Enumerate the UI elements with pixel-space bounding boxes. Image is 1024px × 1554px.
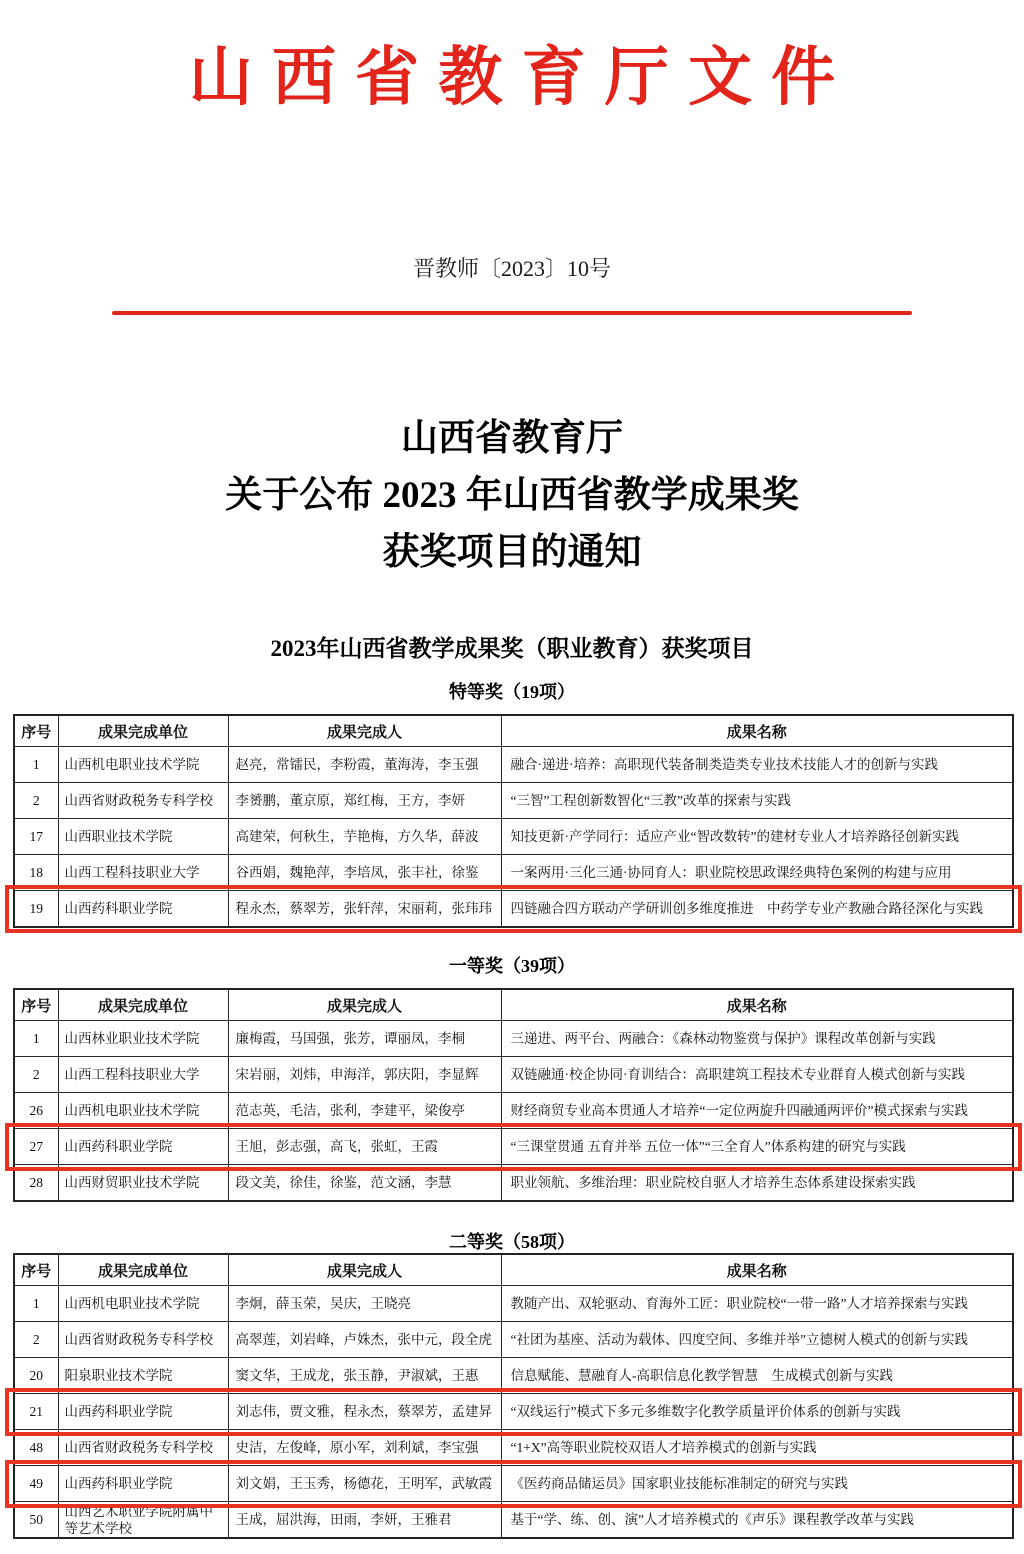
cell-index: 2 — [14, 1322, 58, 1358]
cell-unit: 山西工程科技职业大学 — [58, 1057, 228, 1093]
cell-title: “1+X”高等职业院校双语人才培养模式的创新与实践 — [501, 1430, 1013, 1466]
table-row: 28山西财贸职业技术学院段文美，徐佳，徐鉴，范文涵，李慧职业领航、多维治理：职业… — [14, 1165, 1013, 1202]
notice-title-line3: 获奖项目的通知 — [0, 524, 1024, 581]
table-row: 26山西机电职业技术学院范志英，毛洁，张利，李建平，梁俊亭财经商贸专业高本贯通人… — [14, 1093, 1013, 1129]
table-row: 19山西药科职业学院程永杰，蔡翠芳，张轩萍，宋丽莉，张玮玮四链融合四方联动产学研… — [14, 891, 1013, 928]
cell-people: 谷西娟，魏艳萍，李培凤，张丰社，徐鉴 — [228, 855, 501, 891]
section-heading-special-prize: 特等奖（19项） — [0, 678, 1024, 704]
cell-title: 信息赋能、慧融育人-高职信息化教学智慧 生成模式创新与实践 — [501, 1358, 1013, 1394]
column-header: 成果名称 — [501, 1254, 1013, 1286]
cell-unit: 山西工程科技职业大学 — [58, 855, 228, 891]
cell-people: 段文美，徐佳，徐鉴，范文涵，李慧 — [228, 1165, 501, 1202]
award-table: 序号成果完成单位成果完成人成果名称1山西机电职业技术学院李炯，薛玉荣，吴庆，王晓… — [13, 1253, 1014, 1539]
column-header: 成果完成单位 — [58, 715, 228, 747]
table-row: 2山西工程科技职业大学宋岩丽，刘炜，申海洋，郭庆阳，李显辉双链融通·校企协同·育… — [14, 1057, 1013, 1093]
cell-index: 49 — [14, 1466, 58, 1502]
cell-title: 《医药商品储运员》国家职业技能标准制定的研究与实践 — [501, 1466, 1013, 1502]
table-row: 49山西药科职业学院刘文娟，王玉秀，杨德花，王明军，武敏霞《医药商品储运员》国家… — [14, 1466, 1013, 1502]
cell-index: 2 — [14, 783, 58, 819]
second-prize-table-container: 序号成果完成单位成果完成人成果名称1山西机电职业技术学院李炯，薛玉荣，吴庆，王晓… — [13, 1253, 1014, 1539]
section-heading-first-prize: 一等奖（39项） — [0, 952, 1024, 978]
cell-unit: 山西省财政税务专科学校 — [58, 1430, 228, 1466]
column-header: 成果完成人 — [228, 989, 501, 1021]
column-header: 序号 — [14, 715, 58, 747]
cell-title: 融合·递进·培养：高职现代装备制类造类专业技术技能人才的创新与实践 — [501, 747, 1013, 783]
cell-people: 王成，屈洪海，田雨，李妍，王雅君 — [228, 1502, 501, 1539]
cell-unit: 山西省财政税务专科学校 — [58, 1322, 228, 1358]
cell-index: 48 — [14, 1430, 58, 1466]
table-row: 20阳泉职业技术学院窦文华，王成龙，张玉静，尹淑斌，王惠信息赋能、慧融育人-高职… — [14, 1358, 1013, 1394]
cell-title: “三课堂贯通 五育并举 五位一体”“三全育人”体系构建的研究与实践 — [501, 1129, 1013, 1165]
cell-index: 2 — [14, 1057, 58, 1093]
table-row: 1山西机电职业技术学院李炯，薛玉荣，吴庆，王晓亮教随产出、双轮驱动、育海外工匠：… — [14, 1286, 1013, 1322]
cell-people: 李赟鹏，董京原，郑红梅，王方，李妍 — [228, 783, 501, 819]
cell-index: 17 — [14, 819, 58, 855]
cell-people: 史洁，左俊峰，原小军，刘利斌，李宝强 — [228, 1430, 501, 1466]
cell-people: 高建荣，何秋生，芋艳梅，方久华，薛波 — [228, 819, 501, 855]
table-row: 17山西职业技术学院高建荣，何秋生，芋艳梅，方久华，薛波知技更新·产学同行：适应… — [14, 819, 1013, 855]
notice-title: 山西省教育厅 关于公布 2023 年山西省教学成果奖 获奖项目的通知 — [0, 410, 1024, 581]
table-row: 27山西药科职业学院王旭，彭志强，高飞，张虹，王霞“三课堂贯通 五育并举 五位一… — [14, 1129, 1013, 1165]
cell-title: “社团为基座、活动为载体、四度空间、多维并举”立德树人模式的创新与实践 — [501, 1322, 1013, 1358]
column-header: 成果完成人 — [228, 1254, 501, 1286]
cell-people: 刘文娟，王玉秀，杨德花，王明军，武敏霞 — [228, 1466, 501, 1502]
notice-title-line1: 山西省教育厅 — [0, 410, 1024, 467]
cell-unit: 山西艺术职业学院附属中等艺术学校 — [58, 1502, 228, 1539]
awards-list-subtitle: 2023年山西省教学成果奖（职业教育）获奖项目 — [0, 630, 1024, 663]
cell-title: 教随产出、双轮驱动、育海外工匠：职业院校“一带一路”人才培养探索与实践 — [501, 1286, 1013, 1322]
table-row: 48山西省财政税务专科学校史洁，左俊峰，原小军，刘利斌，李宝强“1+X”高等职业… — [14, 1430, 1013, 1466]
table-row: 2山西省财政税务专科学校李赟鹏，董京原，郑红梅，王方，李妍“三智”工程创新数智化… — [14, 783, 1013, 819]
award-table: 序号成果完成单位成果完成人成果名称1山西林业职业技术学院廉梅霞，马国强，张芳，谭… — [13, 988, 1014, 1202]
award-table: 序号成果完成单位成果完成人成果名称1山西机电职业技术学院赵亮，常镭民，李粉霞，董… — [13, 714, 1014, 928]
column-header: 序号 — [14, 989, 58, 1021]
cell-title: 四链融合四方联动产学研训创多维度推进 中药学专业产教融合路径深化与实践 — [501, 891, 1013, 928]
table-row: 1山西机电职业技术学院赵亮，常镭民，李粉霞，董海涛，李玉强融合·递进·培养：高职… — [14, 747, 1013, 783]
first-prize-table-container: 序号成果完成单位成果完成人成果名称1山西林业职业技术学院廉梅霞，马国强，张芳，谭… — [13, 988, 1014, 1202]
cell-unit: 山西财贸职业技术学院 — [58, 1165, 228, 1202]
cell-title: 一案两用·三化三通·协同育人：职业院校思政课经典特色案例的构建与应用 — [501, 855, 1013, 891]
table-row: 21山西药科职业学院刘志伟，贾文雅，程永杰，蔡翠芳，孟建昇“双线运行”模式下多元… — [14, 1394, 1013, 1430]
cell-title: 双链融通·校企协同·育训结合：高职建筑工程技术专业群育人模式创新与实践 — [501, 1057, 1013, 1093]
cell-unit: 山西机电职业技术学院 — [58, 1093, 228, 1129]
cell-unit: 山西职业技术学院 — [58, 819, 228, 855]
cell-people: 廉梅霞，马国强，张芳，谭丽凤，李桐 — [228, 1021, 501, 1057]
cell-people: 窦文华，王成龙，张玉静，尹淑斌，王惠 — [228, 1358, 501, 1394]
table-row: 2山西省财政税务专科学校高翠莲，刘岩峰，卢姝杰，张中元，段全虎“社团为基座、活动… — [14, 1322, 1013, 1358]
cell-index: 1 — [14, 1286, 58, 1322]
cell-people: 程永杰，蔡翠芳，张轩萍，宋丽莉，张玮玮 — [228, 891, 501, 928]
department-banner-title: 山西省教育厅文件 — [0, 26, 1024, 118]
cell-unit: 山西省财政税务专科学校 — [58, 783, 228, 819]
cell-people: 刘志伟，贾文雅，程永杰，蔡翠芳，孟建昇 — [228, 1394, 501, 1430]
red-divider-line — [112, 311, 912, 315]
cell-people: 赵亮，常镭民，李粉霞，董海涛，李玉强 — [228, 747, 501, 783]
cell-unit: 山西机电职业技术学院 — [58, 747, 228, 783]
cell-unit: 山西药科职业学院 — [58, 1129, 228, 1165]
cell-unit: 山西机电职业技术学院 — [58, 1286, 228, 1322]
cell-people: 王旭，彭志强，高飞，张虹，王霞 — [228, 1129, 501, 1165]
special-prize-table-container: 序号成果完成单位成果完成人成果名称1山西机电职业技术学院赵亮，常镭民，李粉霞，董… — [13, 714, 1014, 928]
column-header: 序号 — [14, 1254, 58, 1286]
column-header: 成果名称 — [501, 715, 1013, 747]
table-row: 1山西林业职业技术学院廉梅霞，马国强，张芳，谭丽凤，李桐三递进、两平台、两融合：… — [14, 1021, 1013, 1057]
cell-unit: 山西药科职业学院 — [58, 891, 228, 928]
cell-people: 李炯，薛玉荣，吴庆，王晓亮 — [228, 1286, 501, 1322]
cell-people: 宋岩丽，刘炜，申海洋，郭庆阳，李显辉 — [228, 1057, 501, 1093]
section-heading-second-prize: 二等奖（58项） — [0, 1228, 1024, 1254]
column-header: 成果完成单位 — [58, 989, 228, 1021]
cell-unit: 山西林业职业技术学院 — [58, 1021, 228, 1057]
cell-unit: 阳泉职业技术学院 — [58, 1358, 228, 1394]
cell-index: 1 — [14, 1021, 58, 1057]
cell-index: 19 — [14, 891, 58, 928]
table-row: 50山西艺术职业学院附属中等艺术学校王成，屈洪海，田雨，李妍，王雅君基于“学、练… — [14, 1502, 1013, 1539]
cell-title: 知技更新·产学同行：适应产业“智改数转”的建材专业人才培养路径创新实践 — [501, 819, 1013, 855]
cell-title: “双线运行”模式下多元多维数字化教学质量评价体系的创新与实践 — [501, 1394, 1013, 1430]
table-header-row: 序号成果完成单位成果完成人成果名称 — [14, 989, 1013, 1021]
table-header-row: 序号成果完成单位成果完成人成果名称 — [14, 715, 1013, 747]
cell-unit: 山西药科职业学院 — [58, 1466, 228, 1502]
cell-index: 28 — [14, 1165, 58, 1202]
cell-title: 三递进、两平台、两融合：《森林动物鉴赏与保护》课程改革创新与实践 — [501, 1021, 1013, 1057]
cell-index: 20 — [14, 1358, 58, 1394]
cell-unit: 山西药科职业学院 — [58, 1394, 228, 1430]
cell-index: 1 — [14, 747, 58, 783]
column-header: 成果名称 — [501, 989, 1013, 1021]
cell-title: 基于“学、练、创、演”人才培养模式的《声乐》课程教学改革与实践 — [501, 1502, 1013, 1539]
cell-title: “三智”工程创新数智化“三教”改革的探索与实践 — [501, 783, 1013, 819]
table-row: 18山西工程科技职业大学谷西娟，魏艳萍，李培凤，张丰社，徐鉴一案两用·三化三通·… — [14, 855, 1013, 891]
cell-title: 财经商贸专业高本贯通人才培养“一定位两旋升四融通两评价”模式探索与实践 — [501, 1093, 1013, 1129]
cell-index: 21 — [14, 1394, 58, 1430]
document-page: 山西省教育厅文件 晋教师〔2023〕10号 山西省教育厅 关于公布 2023 年… — [0, 0, 1024, 1554]
notice-title-line2: 关于公布 2023 年山西省教学成果奖 — [0, 467, 1024, 524]
cell-title: 职业领航、多维治理：职业院校自驱人才培养生态体系建设探索实践 — [501, 1165, 1013, 1202]
cell-people: 范志英，毛洁，张利，李建平，梁俊亭 — [228, 1093, 501, 1129]
document-number: 晋教师〔2023〕10号 — [0, 252, 1024, 283]
cell-index: 26 — [14, 1093, 58, 1129]
cell-index: 18 — [14, 855, 58, 891]
cell-index: 50 — [14, 1502, 58, 1539]
column-header: 成果完成单位 — [58, 1254, 228, 1286]
table-header-row: 序号成果完成单位成果完成人成果名称 — [14, 1254, 1013, 1286]
column-header: 成果完成人 — [228, 715, 501, 747]
cell-index: 27 — [14, 1129, 58, 1165]
cell-people: 高翠莲，刘岩峰，卢姝杰，张中元，段全虎 — [228, 1322, 501, 1358]
